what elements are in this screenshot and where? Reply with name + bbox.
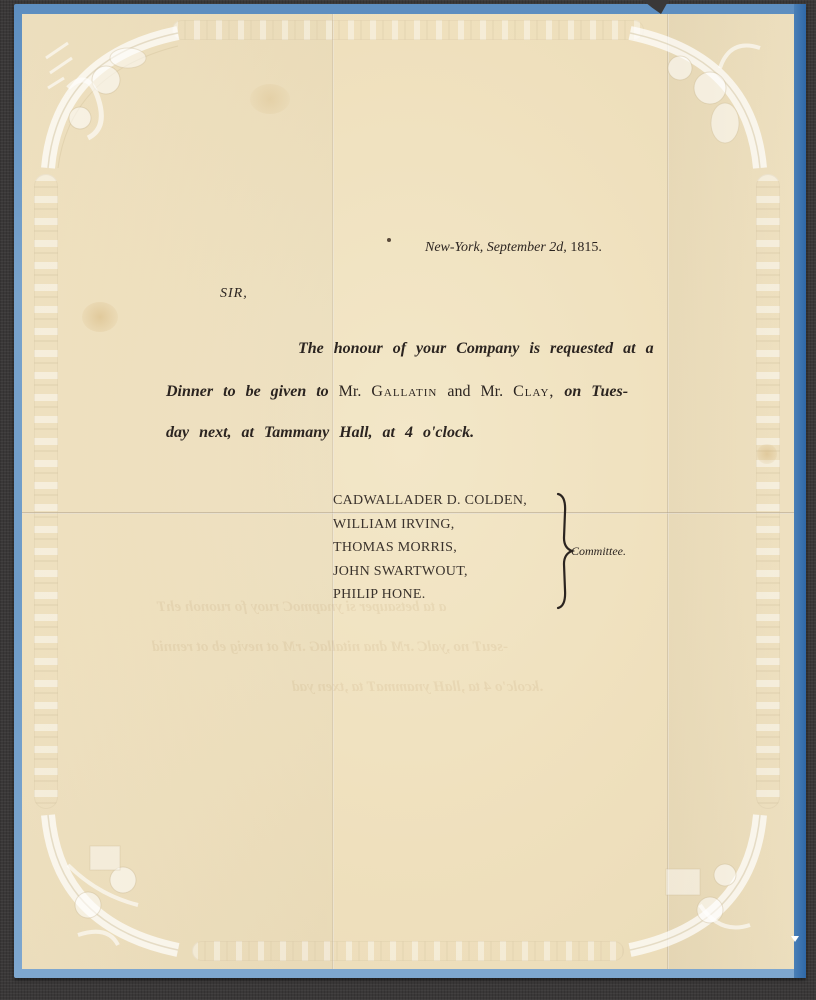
paper-stain xyxy=(82,302,118,332)
invitation-line-3: day next, at Tammany Hall, at 4 o'clock. xyxy=(166,424,474,442)
show-through-text: .kcolc'o 4 ta ,llaH ynammaT ta ,txen yad xyxy=(292,679,543,696)
committee-member: WILLIAM IRVING, xyxy=(333,513,527,537)
committee-label: Committee. xyxy=(571,544,626,559)
embossed-cherub-corner-icon xyxy=(620,805,780,965)
dateline-year: 1815. xyxy=(570,240,602,255)
show-through-text: -seuT no ,yalC .rM dna nitallaG .rM ot n… xyxy=(152,639,508,656)
ink-speck xyxy=(387,238,391,242)
committee-member: CADWALLADER D. COLDEN, xyxy=(333,489,527,513)
blue-border-right-edge xyxy=(794,4,806,978)
invitation-text: on Tues- xyxy=(564,383,628,400)
honorific: Mr. xyxy=(339,383,362,400)
letter-sheet: a ta betsauper si ynapmoC ruoy fo ruonoh… xyxy=(22,14,794,969)
salutation: SIR, xyxy=(220,286,248,302)
embossed-vine-border-left xyxy=(34,174,58,809)
guest-name-clay: Clay, xyxy=(513,383,554,400)
honorific: Mr. xyxy=(480,383,503,400)
dateline: New-York, September 2d, 1815. xyxy=(425,240,602,256)
committee-member: PHILIP HONE. xyxy=(333,583,527,607)
dateline-place: New-York, xyxy=(425,240,483,255)
committee-list: CADWALLADER D. COLDEN, WILLIAM IRVING, T… xyxy=(333,489,527,607)
embossed-cherub-corner-icon xyxy=(28,18,188,178)
guest-name-gallatin: Gallatin xyxy=(371,383,437,400)
embossed-vine-border-bottom xyxy=(192,941,624,961)
invitation-line-2: Dinner to be given to Mr. Gallatin and M… xyxy=(166,383,628,401)
committee-member: JOHN SWARTWOUT, xyxy=(333,560,527,584)
embossed-vine-border-right xyxy=(756,174,780,809)
invitation-text: Dinner to be given to xyxy=(166,383,329,400)
dateline-date: September 2d, xyxy=(487,240,567,255)
conjunction: and xyxy=(447,383,470,400)
invitation-line-1: The honour of your Company is requested … xyxy=(298,340,654,358)
embossed-vine-border-top xyxy=(172,20,644,40)
embossed-cherub-corner-icon xyxy=(620,18,780,178)
paper-stain xyxy=(757,444,777,464)
committee-member: THOMAS MORRIS, xyxy=(333,536,527,560)
paper-stain xyxy=(250,84,290,114)
white-triangle-marker xyxy=(791,936,799,942)
embossed-cherub-corner-icon xyxy=(28,805,188,965)
